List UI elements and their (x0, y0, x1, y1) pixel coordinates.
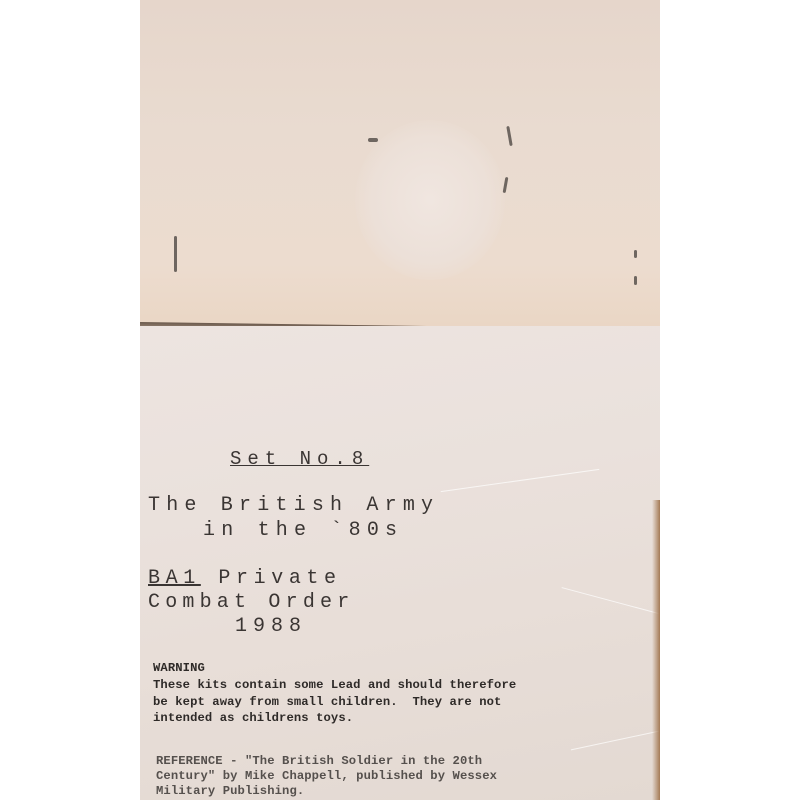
staple-icon (174, 236, 177, 272)
item-name: Private (218, 567, 341, 590)
torn-patch (355, 120, 505, 280)
title-line-1: The British Army (148, 494, 439, 517)
plastic-bag (140, 326, 660, 800)
staple-icon (368, 138, 378, 142)
reference-line: REFERENCE - "The British Soldier in the … (156, 754, 497, 769)
warning-heading: WARNING (153, 660, 205, 677)
warning-line: be kept away from small children. They a… (153, 694, 516, 711)
warning-line: These kits contain some Lead and should … (153, 677, 516, 694)
staple-icon (634, 250, 637, 258)
item-year: 1988 (235, 615, 307, 638)
staple-icon (503, 177, 509, 193)
product-photo: Set No.8 The British Army in the `80s BA… (140, 0, 660, 800)
warning-line: intended as childrens toys. (153, 710, 516, 727)
reference-line: Century" by Mike Chappell, published by … (156, 769, 497, 784)
reference-line: Military Publishing. (156, 784, 497, 799)
reference-text: REFERENCE - "The British Soldier in the … (156, 754, 497, 799)
item-code: BA1 (148, 567, 201, 590)
bag-shadow (652, 500, 660, 800)
item-line-2: Combat Order (148, 591, 354, 614)
staple-icon (506, 126, 512, 146)
backing-card (140, 0, 660, 330)
warning-text: These kits contain some Lead and should … (153, 677, 516, 727)
set-number: Set No.8 (230, 448, 369, 470)
title-line-2: in the `80s (203, 519, 403, 542)
staple-icon (634, 276, 637, 285)
item-line: BA1 Private (148, 567, 342, 590)
